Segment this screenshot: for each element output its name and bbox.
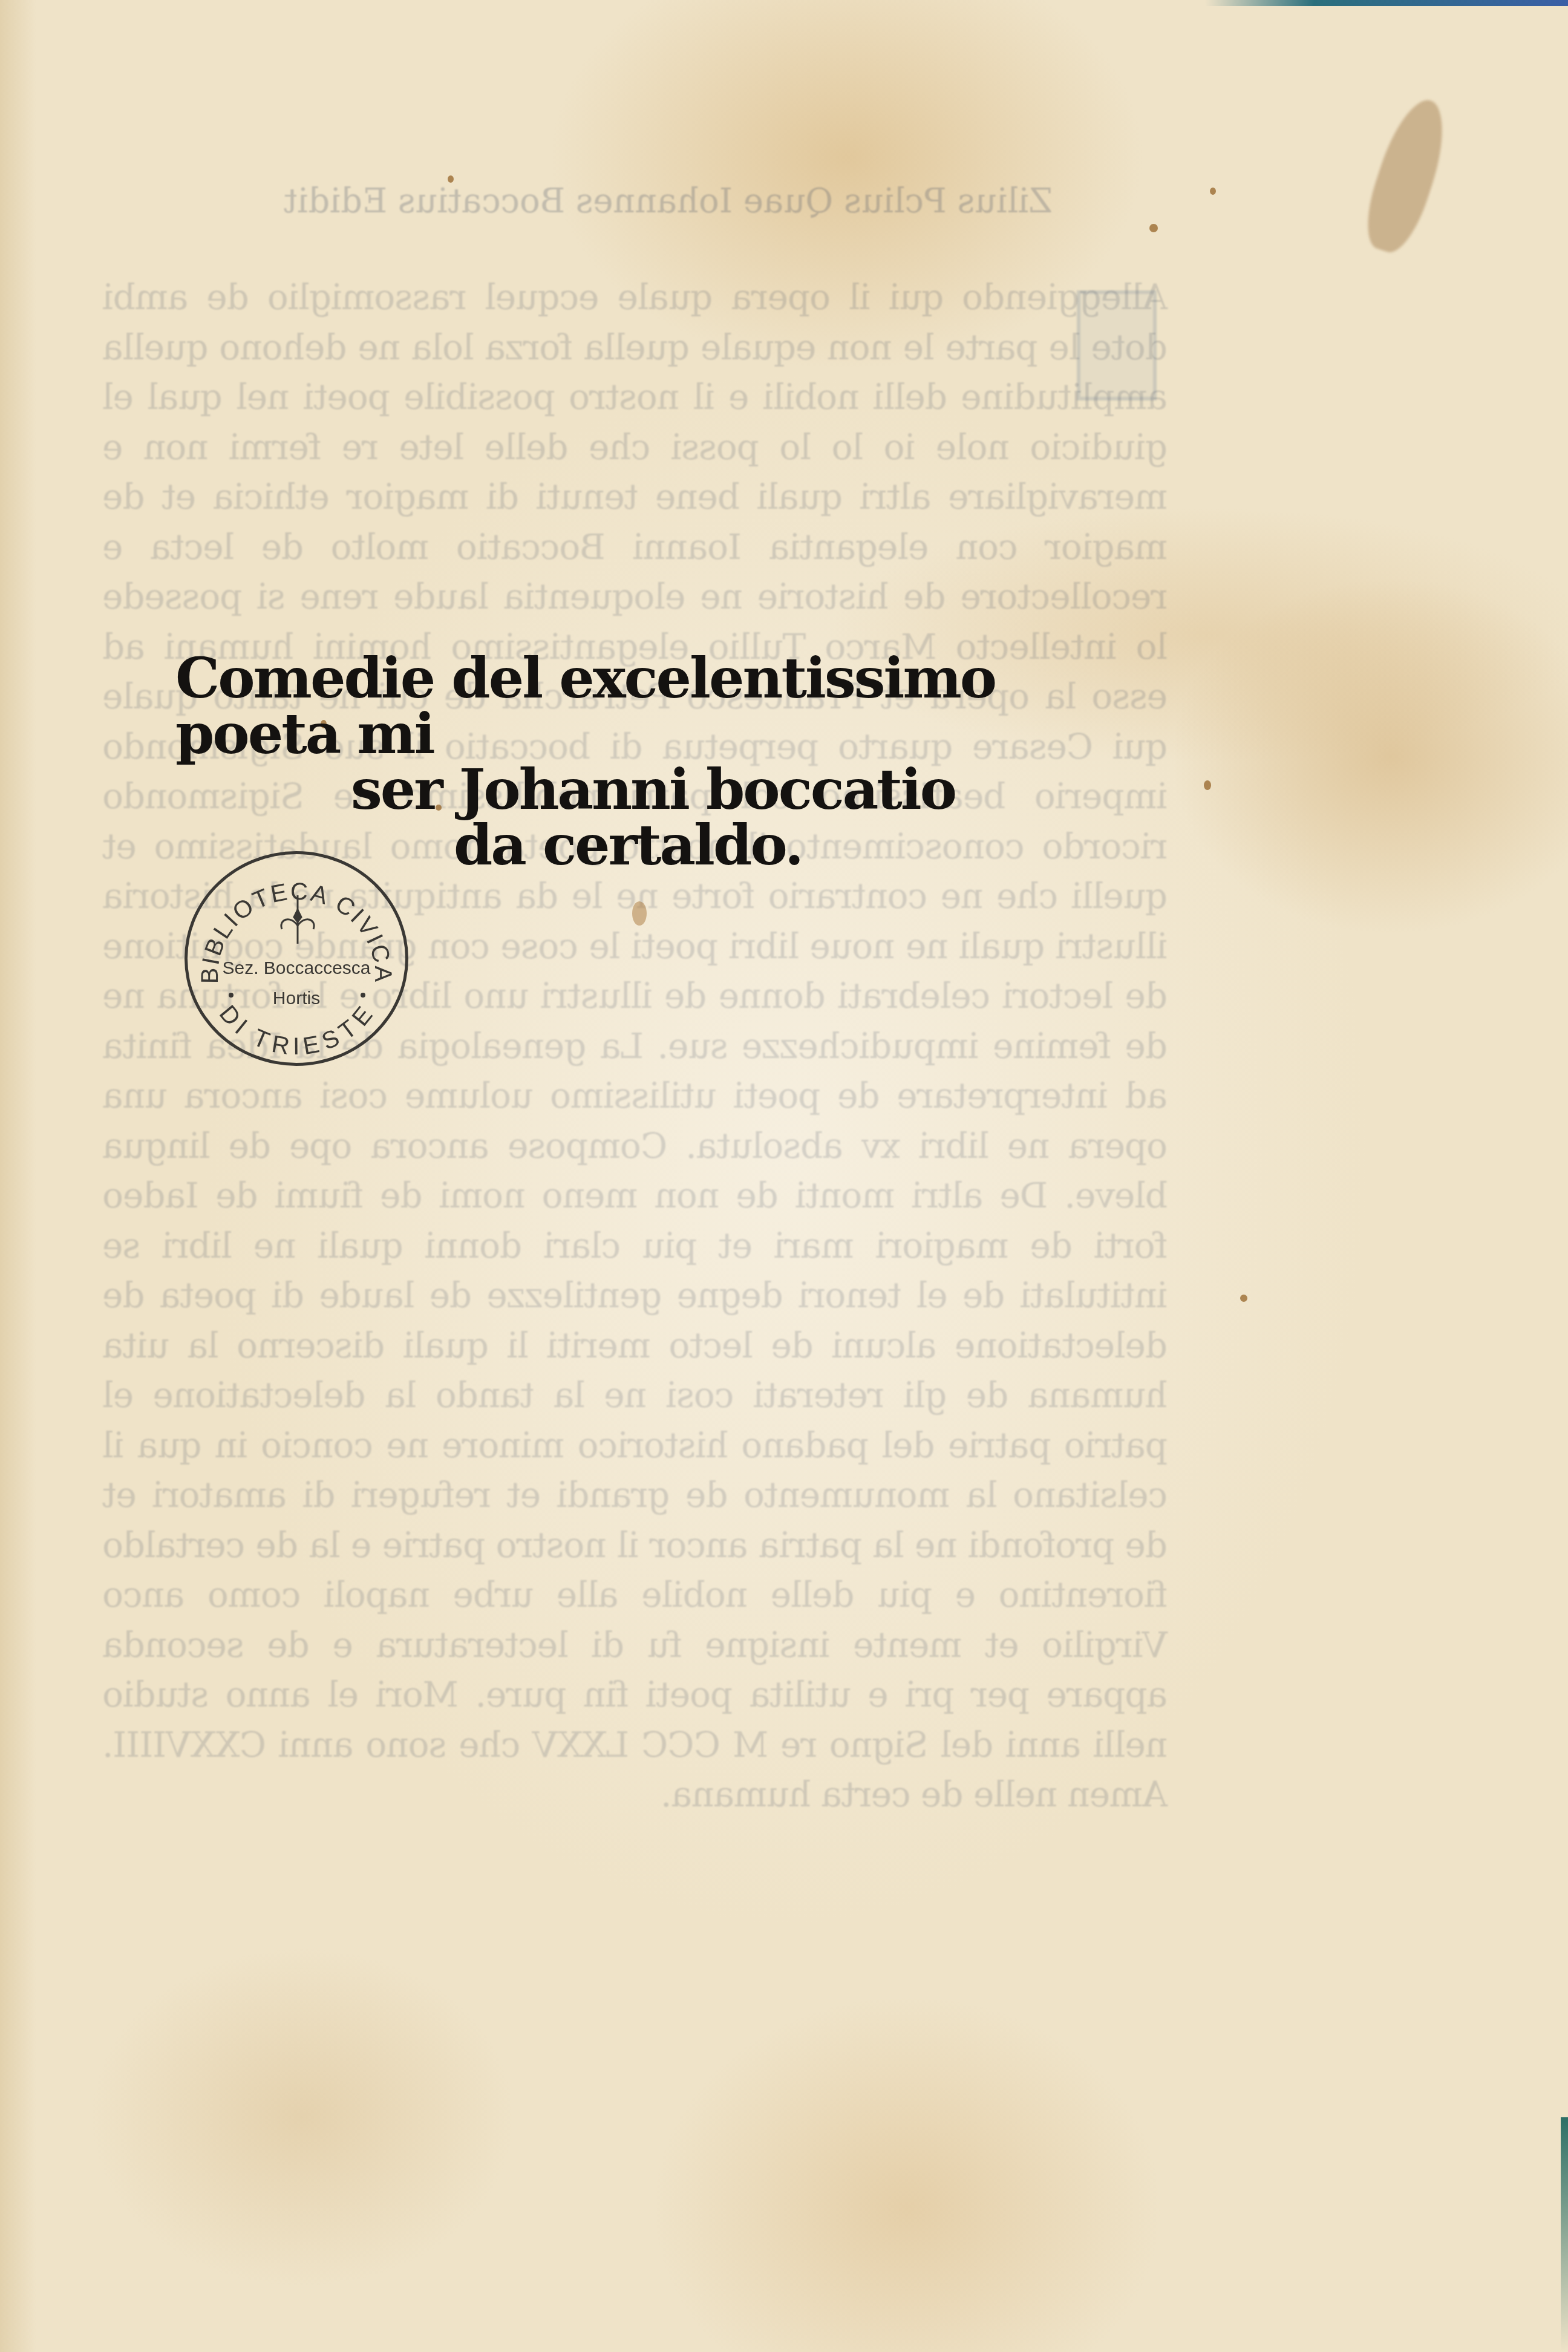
foxing-spot	[1204, 780, 1211, 790]
title-line-2: ser Johanni boccatio	[351, 762, 1083, 817]
foxing-spot	[1240, 1295, 1247, 1302]
binding-edge-top	[1205, 0, 1568, 6]
title-line-3: da certaldo.	[454, 817, 1083, 873]
bleed-through-header: Zilius Pclius Quae Iohannes Boccatius Ed…	[230, 181, 1053, 221]
ink-stain	[1356, 92, 1457, 258]
foxing-spot	[448, 175, 454, 183]
svg-text:DI TRIESTE: DI TRIESTE	[214, 1001, 379, 1060]
book-page: Zilius Pclius Quae Iohannes Boccatius Ed…	[0, 0, 1568, 2352]
foxing-spot	[1149, 224, 1158, 232]
binding-edge-right	[1561, 2117, 1568, 2352]
foxing-spot	[1210, 188, 1216, 195]
foxing-spot	[632, 901, 647, 926]
book-title: Comedie del excelentissimo poeta mi ser …	[175, 650, 1083, 873]
stamp-section-text: Sez. Boccaccesca	[188, 958, 405, 979]
stamp-outer-bottom-text: DI TRIESTE	[214, 1001, 379, 1060]
stamp-collection-text: Hortis	[188, 988, 405, 1009]
title-line-1: Comedie del excelentissimo poeta mi	[175, 650, 1083, 762]
library-stamp: BIBLIOTECA CIVICA DI TRIESTE Sez. Boccac…	[185, 851, 408, 1066]
page-gutter-shadow	[0, 0, 36, 2352]
